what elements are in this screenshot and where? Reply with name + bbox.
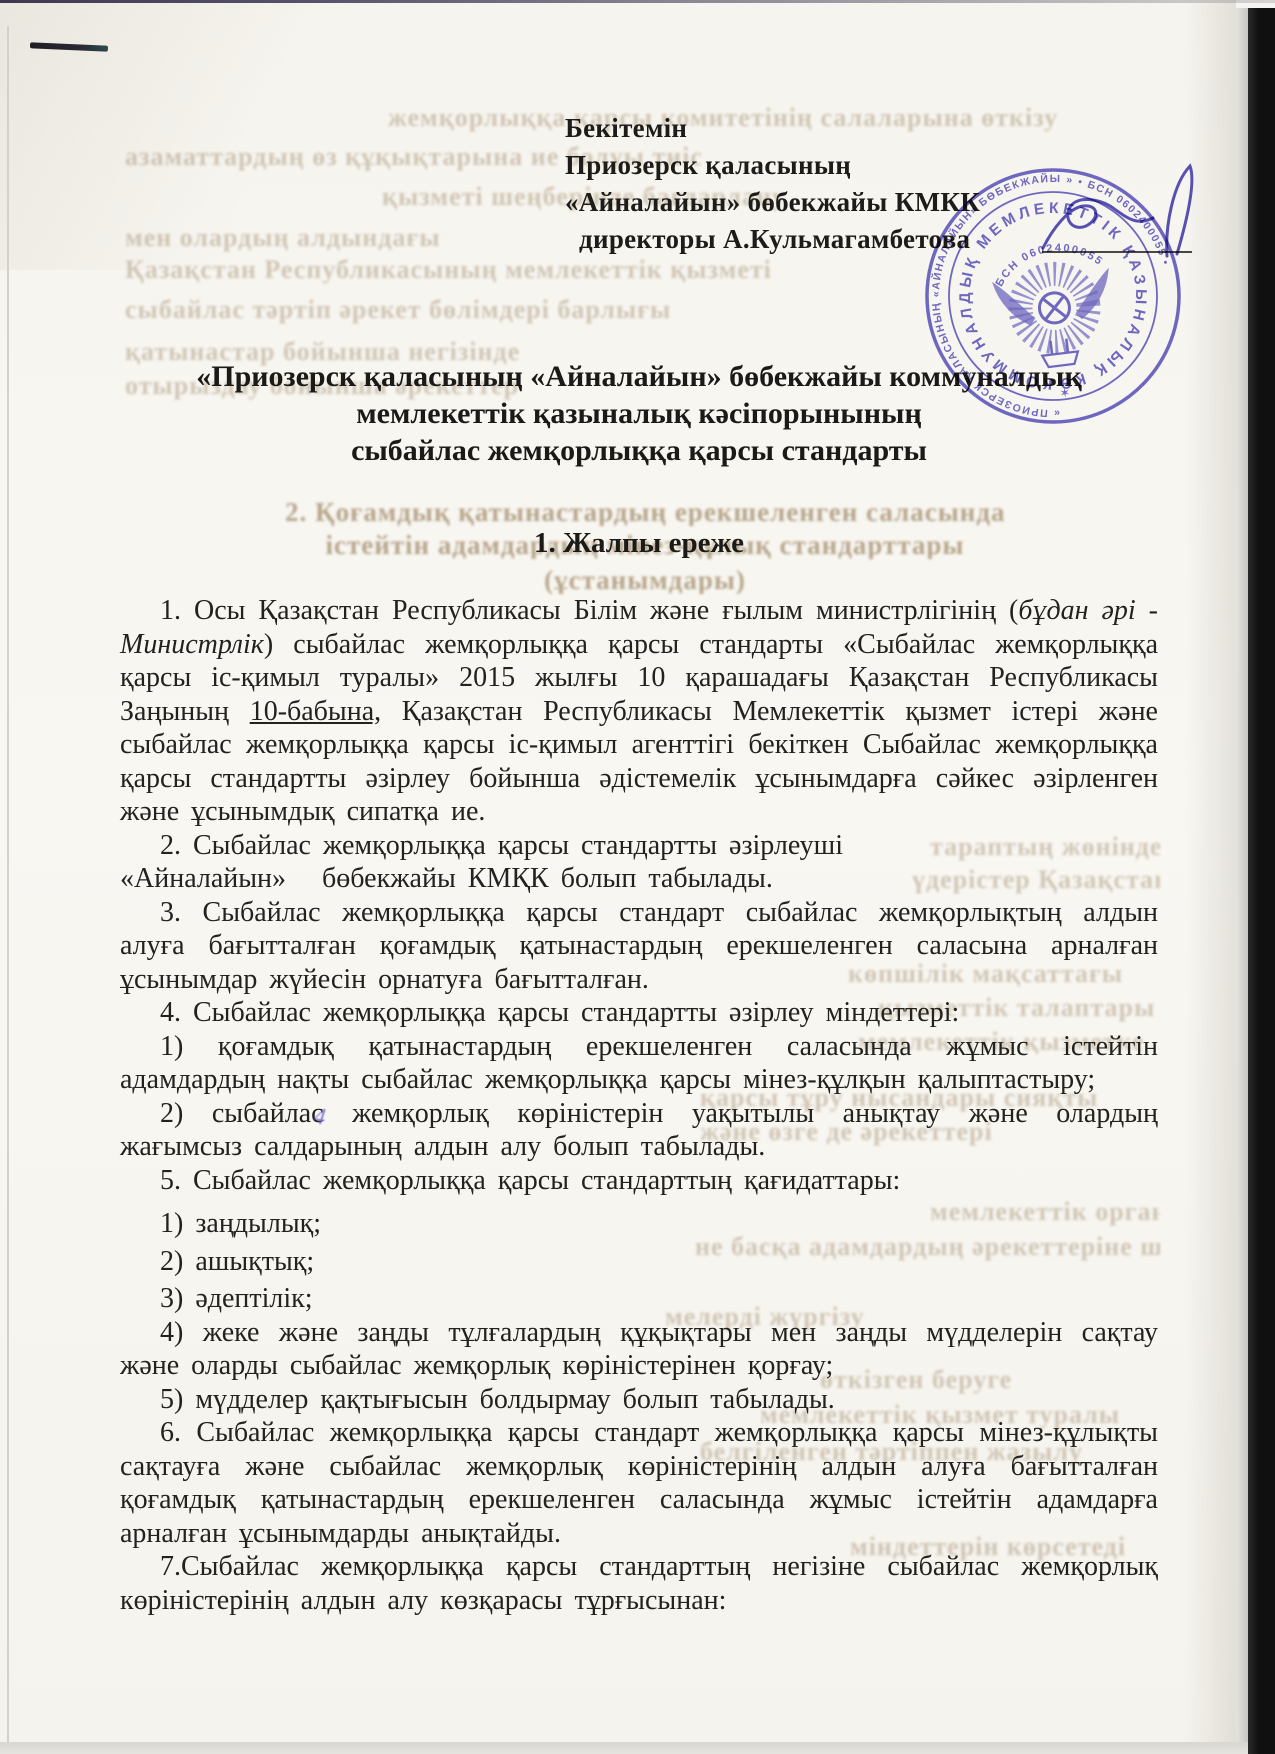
paragraph: 1) заңдылық;	[120, 1207, 1158, 1241]
paragraph: 2) сыбайлас жемқорлық көріністерін уақыт…	[120, 1097, 1158, 1164]
coat-of-arms	[993, 267, 1119, 372]
stamp-star: ✶	[1059, 385, 1072, 401]
scan-bottom-strip	[0, 1742, 1248, 1754]
paragraph-text: 3. Сыбайлас жемқорлыққа қарсы стандарт с…	[120, 897, 1158, 995]
paragraph: 6. Сыбайлас жемқорлыққа қарсы стандарт ж…	[120, 1416, 1158, 1550]
paragraph: 3. Сыбайлас жемқорлыққа қарсы стандарт с…	[120, 896, 1158, 997]
section-heading: 1. Жалпы ереже	[118, 527, 1160, 560]
paragraph-text: 1) қоғамдық қатынастардың ерекшеленген с…	[120, 1031, 1158, 1096]
paragraph: 4) жеке және заңды тұлғалардың құқықтары…	[120, 1316, 1158, 1383]
paragraph: 2) ашықтық;	[120, 1245, 1158, 1279]
approval-line-1: Бекітемін	[565, 110, 980, 147]
paragraph: 1) қоғамдық қатынастардың ерекшеленген с…	[120, 1030, 1158, 1097]
bleedthrough-text: мен олардың алдындағы	[125, 224, 545, 252]
bleedthrough-text: Қазақстан Республикасының мемлекеттік қы…	[125, 256, 965, 284]
paragraph: 1. Осы Қазақстан Республикасы Білім және…	[120, 594, 1158, 829]
paragraph: 7.Сыбайлас жемқорлыққа қарсы стандарттың…	[120, 1550, 1158, 1617]
paragraph-text: 2) сыбайлас жемқорлық көріністерін уақыт…	[120, 1098, 1158, 1163]
paragraph: 5. Сыбайлас жемқорлыққа қарсы стандартты…	[120, 1164, 1158, 1198]
paragraph-text: 4) жеке және заңды тұлғалардың құқықтары…	[120, 1317, 1158, 1382]
signature-flourish	[1043, 199, 1153, 248]
scan-left-edge	[7, 26, 9, 1754]
paragraph-text: 6. Сыбайлас жемқорлыққа қарсы стандарт ж…	[120, 1417, 1158, 1549]
scanned-document-page: жемқорлыққа қарсы комитетінің салаларына…	[0, 0, 1275, 1754]
scan-top-edge	[0, 0, 1275, 3]
body-text: 1. Осы Қазақстан Республикасы Білім және…	[120, 594, 1158, 1617]
bleedthrough-text: 2. Қоғамдық қатынастардың ерекшеленген с…	[285, 498, 1005, 526]
paragraph-text: 1) заңдылық;	[160, 1208, 321, 1239]
shanyrak-cross	[1043, 297, 1065, 319]
paragraph-text: 5) мүдделер қақтығысын болдырмау болып т…	[160, 1384, 835, 1415]
paragraph: 3) әдептілік;	[120, 1282, 1158, 1316]
page-right-shadow	[1185, 0, 1236, 1754]
bleedthrough-text: сыбайлас тәртіп әрекет бөлімдері барлығы	[125, 296, 965, 324]
bleedthrough-text: (ұстанымдары)	[285, 566, 1005, 594]
paragraph-text: 2) ашықтық;	[160, 1246, 314, 1277]
paragraph: 5) мүдделер қақтығысын болдырмау болып т…	[120, 1383, 1158, 1417]
paragraph-text: 2. Сыбайлас жемқорлыққа қарсы стандартты…	[160, 830, 843, 861]
paragraph-text: 5. Сыбайлас жемқорлыққа қарсы стандартты…	[160, 1165, 900, 1196]
emblem-banner	[1042, 351, 1079, 367]
scan-right-black-band	[1248, 8, 1275, 1754]
paragraph-text: 3) әдептілік;	[160, 1283, 313, 1314]
paragraph: 4. Сыбайлас жемқорлыққа қарсы стандартты…	[120, 996, 1158, 1030]
paragraph-text: 7.Сыбайлас жемқорлыққа қарсы стандарттың…	[120, 1551, 1158, 1616]
paragraph-text: 1. Осы Қазақстан Республикасы Білім және…	[160, 595, 1018, 626]
paragraph-text: 10-бабына,	[250, 696, 381, 727]
paragraph: 2. Сыбайлас жемқорлыққа қарсы стандартты…	[120, 829, 1158, 896]
scan-right-gray-strip	[1236, 8, 1248, 1754]
paragraph-text: 4. Сыбайлас жемқорлыққа қарсы стандартты…	[160, 997, 959, 1028]
paragraph-text: «Айналайын» бөбекжайы КМҚК болып табылад…	[120, 863, 773, 894]
